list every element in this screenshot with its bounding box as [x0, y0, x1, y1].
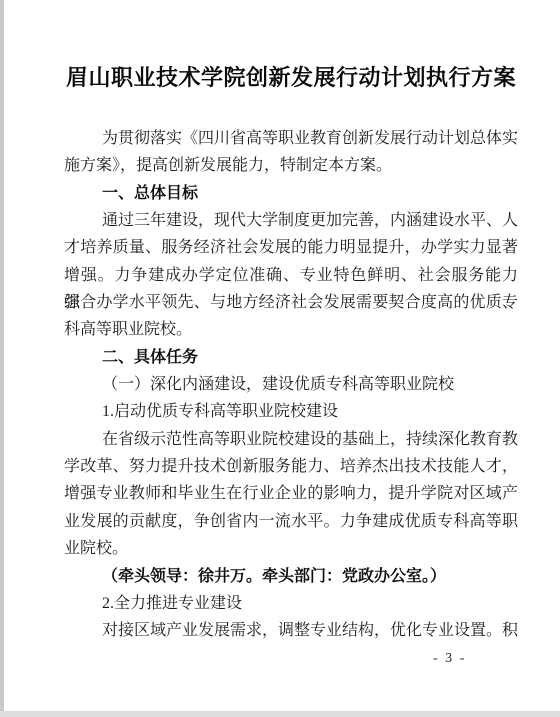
para-goals-line-3: 增强。力争建成办学定位准确、专业特色鲜明、社会服务能力强、 — [64, 262, 518, 289]
para-item1-line-1: 在省级示范性高等职业院校建设的基础上，持续深化教育教 — [64, 426, 518, 453]
document-body: 为贯彻落实《四川省高等职业教育创新发展行动计划总体实 施方案》，提高创新发展能力… — [64, 125, 518, 645]
para-goals-line-5: 科高等职业院校。 — [64, 316, 518, 343]
scan-edge-bottom — [0, 711, 560, 717]
para-preamble-line-1: 为贯彻落实《四川省高等职业教育创新发展行动计划总体实 — [64, 125, 518, 152]
para-goals-line-2: 才培养质量、服务经济社会发展的能力明显提升，办学实力显著 — [64, 234, 518, 261]
para-item2-line-1: 对接区域产业发展需求，调整专业结构，优化专业设置。积 — [64, 617, 518, 644]
para-item1-line-3: 增强专业教师和毕业生在行业企业的影响力，提升学院对区域产 — [64, 480, 518, 507]
para-goals-line-1: 通过三年建设，现代大学制度更加完善，内涵建设水平、人 — [64, 207, 518, 234]
heading-specific-tasks: 二、具体任务 — [64, 344, 518, 371]
document-page: 眉山职业技术学院创新发展行动计划执行方案 为贯彻落实《四川省高等职业教育创新发展… — [0, 0, 560, 717]
scan-edge-left — [0, 0, 4, 717]
para-item1-line-5: 业院校。 — [64, 535, 518, 562]
heading-overall-goals: 一、总体目标 — [64, 180, 518, 207]
page-number: - 3 - — [433, 650, 466, 668]
document-title: 眉山职业技术学院创新发展行动计划执行方案 — [64, 64, 518, 92]
para-item1-line-2: 学改革、努力提升技术创新服务能力、培养杰出技术技能人才， — [64, 453, 518, 480]
para-preamble-line-2: 施方案》，提高创新发展能力，特制定本方案。 — [64, 152, 518, 179]
lead-note: （牵头领导：徐井万。牵头部门：党政办公室。） — [64, 563, 518, 590]
para-item1-line-4: 业发展的贡献度，争创省内一流水平。力争建成优质专科高等职 — [64, 508, 518, 535]
subheading-task-1: （一）深化内涵建设，建设优质专科高等职业院校 — [64, 371, 518, 398]
para-goals-line-4: 综合办学水平领先、与地方经济社会发展需要契合度高的优质专 — [64, 289, 518, 316]
item-1-title: 1.启动优质专科高等职业院校建设 — [64, 398, 518, 425]
item-2-title: 2.全力推进专业建设 — [64, 590, 518, 617]
